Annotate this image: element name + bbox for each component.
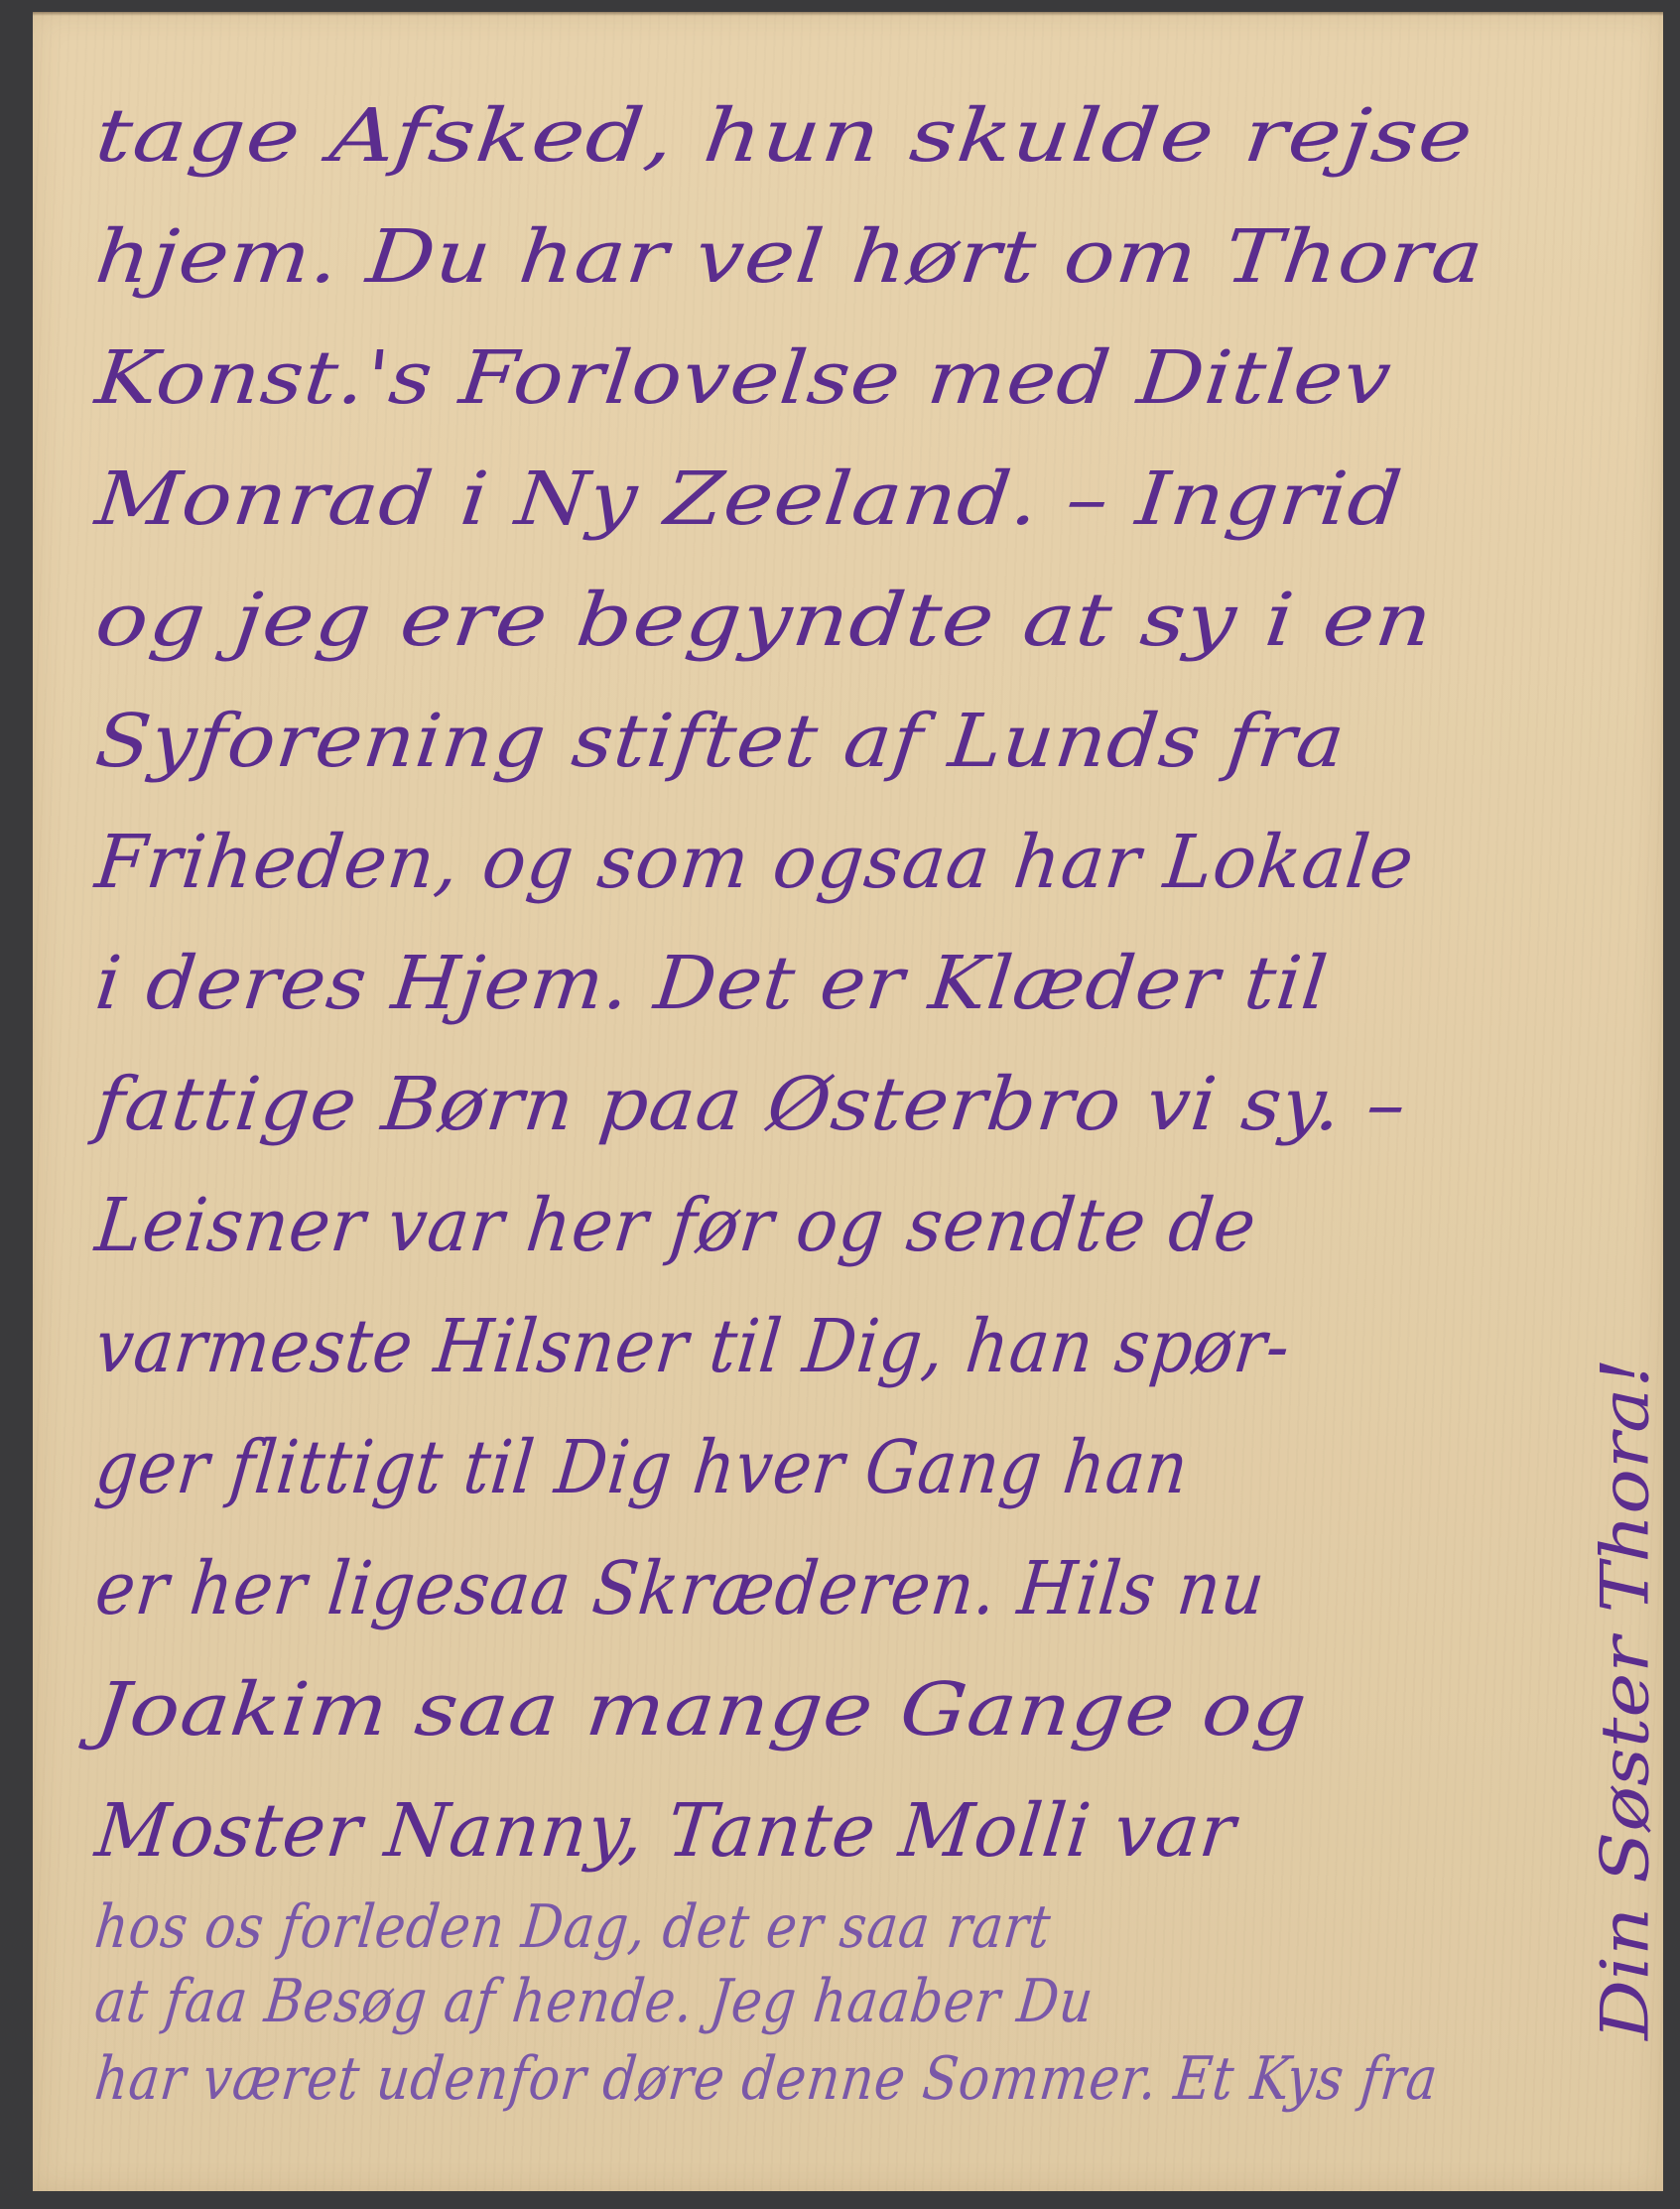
letter-line: Monrad i Ny Zeeland. – Ingrid: [92, 415, 1594, 536]
letter-line: tage Afsked, hun skulde rejse: [92, 52, 1594, 173]
letter-line: Leisner var her før og sendte de: [92, 1141, 1594, 1262]
letter-line: Syforening stiftet af Lunds fra: [92, 657, 1594, 778]
letter-line: Joakim saa mange Gange og: [92, 1625, 1594, 1747]
letter-line: er her ligesaa Skræderen. Hils nu: [92, 1504, 1594, 1625]
letter-line: fattige Børn paa Østerbro vi sy. –: [92, 1020, 1594, 1141]
letter-line: Konst.'s Forlovelse med Ditlev: [92, 294, 1594, 415]
letter-page: tage Afsked, hun skulde rejse hjem. Du h…: [33, 12, 1663, 2191]
letter-line: Moster Nanny, Tante Molli var: [92, 1747, 1594, 1868]
letter-line: at faa Besøg af hende. Jeg haaber Du: [92, 1957, 1589, 2031]
letter-line: har været udenfor døre denne Sommer. Et …: [92, 2031, 1589, 2109]
letter-line: varmeste Hilsner til Dig, han spør-: [92, 1262, 1594, 1383]
letter-body: tage Afsked, hun skulde rejse hjem. Du h…: [92, 52, 1581, 2109]
letter-line: ger flittigt til Dig hver Gang han: [92, 1383, 1594, 1504]
letter-line: hjem. Du har vel hørt om Thora: [92, 173, 1594, 294]
letter-line: og jeg ere begyndte at sy i en: [92, 536, 1594, 657]
letter-line: i deres Hjem. Det er Klæder til: [92, 899, 1594, 1020]
letter-line: hos os forleden Dag, det er saa rart: [92, 1868, 1590, 1957]
letter-line: Friheden, og som ogsaa har Lokale: [92, 778, 1594, 899]
margin-signature: Din Søster Thora!: [1581, 1312, 1670, 2086]
